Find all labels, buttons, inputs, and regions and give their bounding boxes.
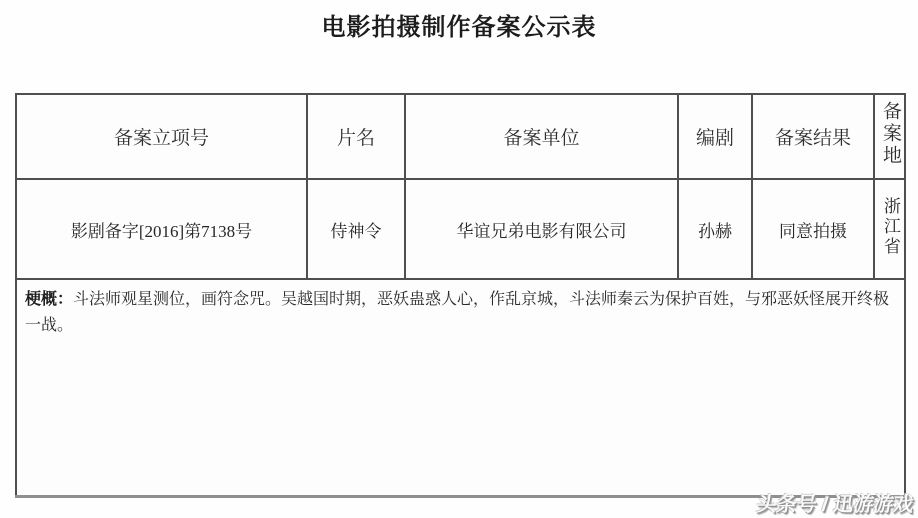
filing-table: 备案立项号 片名 备案单位 编剧 备案结果 备案地 影剧备字[2016]第713… (15, 93, 906, 498)
table-synopsis-row: 梗概：斗法师观星测位，画符念咒。吴越国时期，恶妖蛊惑人心，作乱京城，斗法师秦云为… (16, 279, 905, 496)
synopsis-cell: 梗概：斗法师观星测位，画符念咒。吴越国时期，恶妖蛊惑人心，作乱京城，斗法师秦云为… (16, 279, 905, 496)
cell-filing-result: 同意拍摄 (752, 179, 874, 279)
cell-film-title: 侍神令 (307, 179, 405, 279)
table-header-row: 备案立项号 片名 备案单位 编剧 备案结果 备案地 (16, 94, 905, 179)
cell-screenwriter: 孙赫 (678, 179, 752, 279)
header-filing-number: 备案立项号 (16, 94, 307, 179)
synopsis-label: 梗概： (25, 291, 73, 308)
cell-filing-place: 浙江省 (874, 179, 905, 279)
cell-filing-unit: 华谊兄弟电影有限公司 (405, 179, 678, 279)
table-data-row: 影剧备字[2016]第7138号 侍神令 华谊兄弟电影有限公司 孙赫 同意拍摄 … (16, 179, 905, 279)
page-title: 电影拍摄制作备案公示表 (0, 7, 918, 42)
header-film-title: 片名 (307, 94, 405, 179)
document-page: 电影拍摄制作备案公示表 备案立项号 片名 备案单位 编剧 备案结果 备案地 影剧… (0, 0, 918, 518)
cell-filing-number: 影剧备字[2016]第7138号 (16, 179, 307, 279)
header-filing-unit: 备案单位 (405, 94, 678, 179)
synopsis-text: 斗法师观星测位，画符念咒。吴越国时期，恶妖蛊惑人心，作乱京城，斗法师秦云为保护百… (25, 291, 889, 334)
header-filing-result: 备案结果 (752, 94, 874, 179)
cell-filing-place-value: 浙江省 (880, 197, 899, 257)
header-screenwriter: 编剧 (678, 94, 752, 179)
watermark: 头条号 / 迅游游戏 (755, 488, 916, 517)
header-filing-place-label: 备案地 (879, 101, 900, 167)
header-filing-place: 备案地 (874, 94, 905, 179)
